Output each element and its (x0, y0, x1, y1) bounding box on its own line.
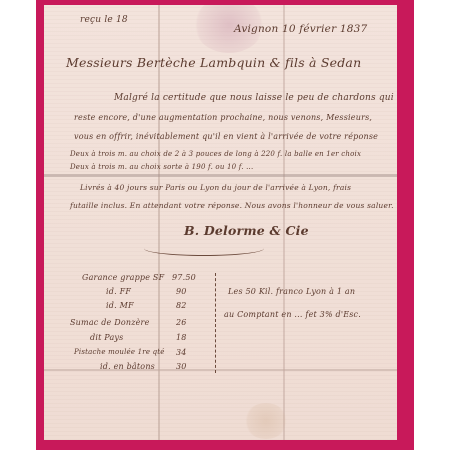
price-value: 34 (176, 348, 187, 357)
price-value: 90 (176, 287, 187, 296)
salutation: Messieurs Bertèche Lambquin & fils à Sed… (66, 55, 361, 70)
body-line: Malgré la certitude que nous laisse le p… (114, 93, 394, 103)
signature: B. Delorme & Cie (184, 223, 309, 238)
price-value: 97.50 (172, 273, 196, 282)
price-value: 26 (176, 318, 187, 327)
letter-page: reçu le 18 Avignon 10 février 1837 Messi… (44, 5, 397, 440)
body-line: vous en offrir, inévitablement qu'il en … (74, 132, 378, 141)
fold-line (44, 369, 397, 371)
fold-line (44, 174, 397, 177)
price-value: 82 (176, 301, 187, 310)
fold-line (158, 5, 160, 440)
place-date: Avignon 10 février 1837 (234, 23, 367, 35)
body-line: Deux à trois m. au choix de 2 à 3 pouces… (70, 150, 361, 158)
body-line: Deux à trois m. au choix sorte à 190 f. … (70, 163, 253, 171)
reception-note: reçu le 18 (80, 15, 128, 25)
price-label: Sumac de Donzère (70, 318, 150, 327)
body-line: Livrés à 40 jours sur Paris ou Lyon du j… (80, 183, 351, 192)
price-label: Garance grappe SF (82, 273, 164, 282)
price-value: 30 (176, 362, 187, 371)
price-label: id. FF (106, 287, 131, 296)
body-line: futaille inclus. En attendant votre répo… (70, 201, 394, 210)
signature-flourish (144, 241, 264, 256)
price-label: dit Pays (90, 333, 123, 342)
price-note: Les 50 Kil. franco Lyon à 1 an (228, 287, 355, 296)
wax-seal-mark (244, 403, 288, 439)
price-label: id. MF (106, 301, 134, 310)
price-value: 18 (176, 333, 187, 342)
price-note: au Comptant en ... fet 3% d'Esc. (224, 310, 361, 319)
price-label: Pistache moulée 1re qté (74, 348, 165, 356)
body-line: reste encore, d'une augmentation prochai… (74, 113, 372, 122)
price-bracket (209, 273, 216, 373)
price-label: id. en bâtons (100, 362, 155, 371)
